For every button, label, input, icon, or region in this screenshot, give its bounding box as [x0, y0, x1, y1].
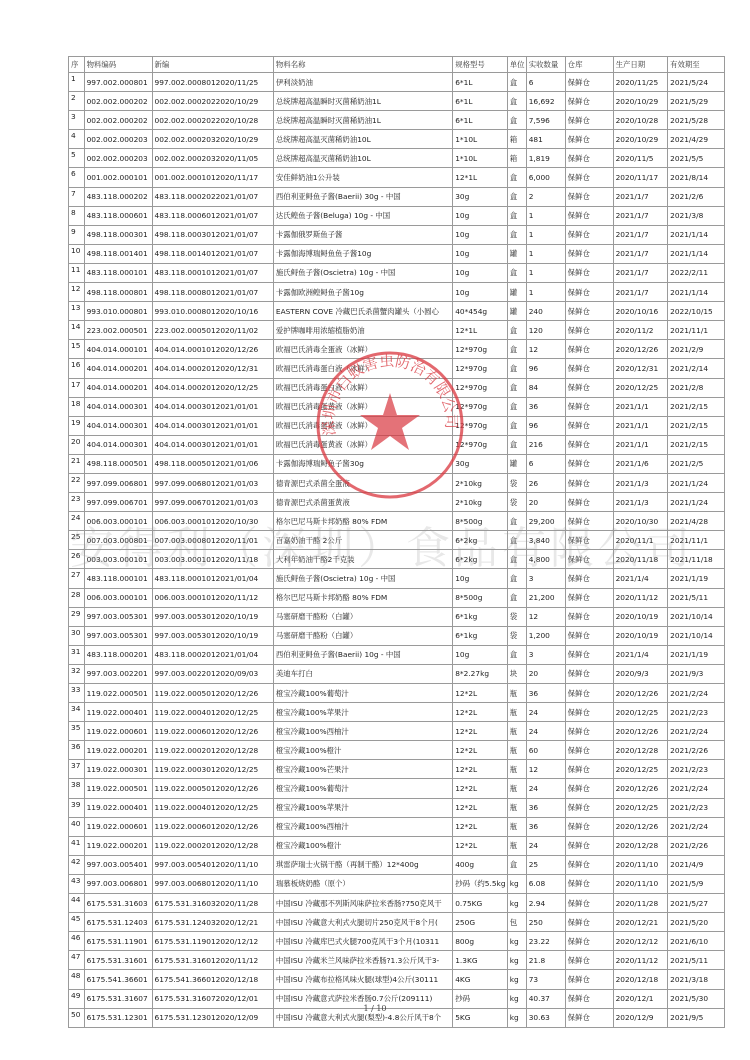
cell-material-name: EASTERN COVE 冷藏巴氏杀菌蟹肉罐头（小圆心	[273, 302, 452, 321]
cell-unit: 盒	[507, 435, 526, 454]
cell-new-code: 997.003.0068012020/11/10	[152, 874, 273, 893]
cell-expiry-date: 2021/1/14	[668, 244, 725, 263]
cell-expiry-date: 2021/4/29	[668, 130, 725, 149]
cell-spec: 30g	[453, 187, 508, 206]
cell-new-code: 404.014.0001012020/12/26	[152, 340, 273, 359]
cell-unit: 瓶	[507, 817, 526, 836]
cell-warehouse: 保鲜仓	[565, 970, 613, 989]
cell-new-code: 119.022.0003012020/12/25	[152, 760, 273, 779]
cell-received-qty: 1	[526, 225, 565, 244]
cell-material-code: 993.010.000801	[84, 302, 152, 321]
cell-material-code: 498.118.000801	[84, 283, 152, 302]
cell-seq: 22	[69, 473, 85, 492]
cell-new-code: 483.118.0001012021/01/07	[152, 263, 273, 282]
cell-expiry-date: 2021/5/27	[668, 894, 725, 913]
cell-production-date: 2020/12/18	[613, 970, 668, 989]
cell-expiry-date: 2021/3/18	[668, 970, 725, 989]
cell-expiry-date: 2021/10/14	[668, 607, 725, 626]
cell-seq: 7	[69, 187, 85, 206]
cell-warehouse: 保鲜仓	[565, 722, 613, 741]
cell-material-name: 大利年奶油干酪2千克装	[273, 550, 452, 569]
table-row: 456175.531.124036175.531.124032020/12/21…	[69, 913, 725, 932]
cell-new-code: 498.118.0005012021/01/06	[152, 454, 273, 473]
cell-production-date: 2020/10/16	[613, 302, 668, 321]
table-row: 6001.002.000101001.002.0001012020/11/17安…	[69, 168, 725, 187]
cell-warehouse: 保鲜仓	[565, 149, 613, 168]
cell-spec: 6*1L	[453, 111, 508, 130]
cell-unit: 盒	[507, 645, 526, 664]
cell-material-code: 001.002.000101	[84, 168, 152, 187]
table-row: 24006.003.000101006.003.0001012020/10/30…	[69, 512, 725, 531]
cell-warehouse: 保鲜仓	[565, 512, 613, 531]
cell-material-name: 橙宝冷藏100%西柚汁	[273, 722, 452, 741]
cell-production-date: 2021/1/7	[613, 187, 668, 206]
cell-expiry-date: 2021/5/20	[668, 913, 725, 932]
cell-spec: 400g	[453, 855, 508, 874]
cell-expiry-date: 2021/2/23	[668, 703, 725, 722]
cell-warehouse: 保鲜仓	[565, 263, 613, 282]
cell-material-name: 总统牌超高温灭菌稀奶油10L	[273, 149, 452, 168]
cell-received-qty: 16,692	[526, 92, 565, 111]
cell-expiry-date: 2021/4/9	[668, 855, 725, 874]
cell-new-code: 997.003.0054012020/11/10	[152, 855, 273, 874]
cell-spec: 12*970g	[453, 435, 508, 454]
table-row: 4002.002.000203002.002.0002032020/10/29总…	[69, 130, 725, 149]
cell-production-date: 2020/10/19	[613, 607, 668, 626]
cell-production-date: 2020/11/12	[613, 588, 668, 607]
cell-production-date: 2020/10/29	[613, 130, 668, 149]
cell-unit: 盒	[507, 206, 526, 225]
cell-received-qty: 6.08	[526, 874, 565, 893]
table-row: 486175.541.366016175.541.366012020/12/18…	[69, 970, 725, 989]
cell-production-date: 2020/9/3	[613, 664, 668, 683]
cell-expiry-date: 2021/5/5	[668, 149, 725, 168]
cell-production-date: 2021/1/4	[613, 569, 668, 588]
cell-expiry-date: 2021/11/1	[668, 321, 725, 340]
cell-material-code: 6175.541.36601	[84, 970, 152, 989]
cell-spec: 12*2L	[453, 741, 508, 760]
cell-expiry-date: 2021/11/1	[668, 531, 725, 550]
cell-unit: 盒	[507, 92, 526, 111]
cell-received-qty: 216	[526, 435, 565, 454]
cell-material-code: 498.118.001401	[84, 244, 152, 263]
cell-new-code: 002.002.0002032020/10/29	[152, 130, 273, 149]
cell-received-qty: 21.8	[526, 951, 565, 970]
cell-warehouse: 保鲜仓	[565, 703, 613, 722]
cell-seq: 33	[69, 684, 85, 703]
cell-spec: 12*970g	[453, 397, 508, 416]
cell-expiry-date: 2021/2/14	[668, 359, 725, 378]
header-expiry-date: 有效期至	[668, 57, 725, 73]
cell-received-qty: 12	[526, 340, 565, 359]
cell-spec: 6*1kg	[453, 626, 508, 645]
cell-received-qty: 120	[526, 321, 565, 340]
cell-received-qty: 24	[526, 779, 565, 798]
table-row: 43997.003.006801997.003.0068012020/11/10…	[69, 874, 725, 893]
cell-new-code: 498.118.0008012021/01/07	[152, 283, 273, 302]
cell-expiry-date: 2021/5/29	[668, 92, 725, 111]
cell-received-qty: 2.94	[526, 894, 565, 913]
table-row: 37119.022.000301119.022.0003012020/12/25…	[69, 760, 725, 779]
cell-warehouse: 保鲜仓	[565, 493, 613, 512]
cell-spec: 0.75KG	[453, 894, 508, 913]
cell-material-name: 西伯利亚鲟鱼子酱(Baerii) 10g - 中国	[273, 645, 452, 664]
cell-material-name: 琪雷萨瑞士火锅干酪（再制干酪）12*400g	[273, 855, 452, 874]
cell-expiry-date: 2021/2/9	[668, 340, 725, 359]
cell-seq: 18	[69, 397, 85, 416]
cell-new-code: 997.099.0067012021/01/03	[152, 493, 273, 512]
cell-unit: 盒	[507, 263, 526, 282]
cell-production-date: 2021/1/3	[613, 473, 668, 492]
cell-spec: 12*2L	[453, 760, 508, 779]
cell-unit: 包	[507, 913, 526, 932]
cell-expiry-date: 2021/2/8	[668, 378, 725, 397]
cell-warehouse: 保鲜仓	[565, 932, 613, 951]
cell-material-code: 404.014.000201	[84, 359, 152, 378]
cell-expiry-date: 2021/10/14	[668, 626, 725, 645]
cell-seq: 23	[69, 493, 85, 512]
cell-production-date: 2021/1/6	[613, 454, 668, 473]
cell-seq: 32	[69, 664, 85, 683]
cell-expiry-date: 2021/1/19	[668, 645, 725, 664]
cell-unit: 盒	[507, 550, 526, 569]
cell-material-code: 997.003.005301	[84, 607, 152, 626]
cell-material-code: 003.003.000101	[84, 550, 152, 569]
cell-expiry-date: 2021/8/14	[668, 168, 725, 187]
table-row: 34119.022.000401119.022.0004012020/12/25…	[69, 703, 725, 722]
cell-material-code: 483.118.000101	[84, 263, 152, 282]
cell-spec: 12*2L	[453, 684, 508, 703]
cell-material-code: 002.002.000203	[84, 149, 152, 168]
cell-new-code: 997.002.0008012020/11/25	[152, 73, 273, 92]
cell-new-code: 498.118.0014012021/01/07	[152, 244, 273, 263]
cell-spec: 12*2L	[453, 779, 508, 798]
cell-material-name: 中国ISU 冷藏意大利式火腿切片250克风干8个月(	[273, 913, 452, 932]
cell-received-qty: 6	[526, 73, 565, 92]
cell-unit: 盒	[507, 73, 526, 92]
cell-received-qty: 1,819	[526, 149, 565, 168]
cell-new-code: 483.118.0002012021/01/04	[152, 645, 273, 664]
cell-warehouse: 保鲜仓	[565, 244, 613, 263]
cell-new-code: 002.002.0002022020/10/28	[152, 111, 273, 130]
cell-unit: 箱	[507, 149, 526, 168]
cell-expiry-date: 2021/2/24	[668, 722, 725, 741]
table-row: 26003.003.000101003.003.0001012020/11/18…	[69, 550, 725, 569]
cell-new-code: 997.003.0022012020/09/03	[152, 664, 273, 683]
cell-seq: 16	[69, 359, 85, 378]
cell-material-code: 997.003.006801	[84, 874, 152, 893]
cell-unit: 罐	[507, 244, 526, 263]
cell-material-code: 6175.531.31601	[84, 951, 152, 970]
cell-new-code: 223.002.0005012020/11/02	[152, 321, 273, 340]
cell-production-date: 2020/12/12	[613, 932, 668, 951]
cell-production-date: 2020/12/26	[613, 684, 668, 703]
table-row: 36119.022.000201119.022.0002012020/12/28…	[69, 741, 725, 760]
cell-material-code: 002.002.000202	[84, 92, 152, 111]
cell-new-code: 001.002.0001012020/11/17	[152, 168, 273, 187]
cell-received-qty: 3	[526, 569, 565, 588]
cell-unit: 盒	[507, 168, 526, 187]
header-seq: 序	[69, 57, 85, 73]
cell-received-qty: 36	[526, 817, 565, 836]
cell-warehouse: 保鲜仓	[565, 550, 613, 569]
cell-material-code: 6175.531.11901	[84, 932, 152, 951]
cell-material-code: 483.118.000601	[84, 206, 152, 225]
cell-spec: 12*2L	[453, 703, 508, 722]
cell-material-name: 马塞研磨干酪粉（白罐）	[273, 607, 452, 626]
cell-received-qty: 3,840	[526, 531, 565, 550]
cell-unit: 罐	[507, 283, 526, 302]
cell-unit: 箱	[507, 130, 526, 149]
cell-production-date: 2021/1/1	[613, 416, 668, 435]
cell-production-date: 2021/1/7	[613, 283, 668, 302]
cell-new-code: 002.002.0002022020/10/29	[152, 92, 273, 111]
cell-spec: 6*2kg	[453, 550, 508, 569]
cell-material-name: 橙宝冷藏100%西柚汁	[273, 817, 452, 836]
cell-material-name: 卡露伽海博瑞鲟鱼鱼子酱10g	[273, 244, 452, 263]
header-spec: 规格型号	[453, 57, 508, 73]
cell-warehouse: 保鲜仓	[565, 359, 613, 378]
cell-spec: 2*10kg	[453, 493, 508, 512]
cell-received-qty: 23.22	[526, 932, 565, 951]
cell-new-code: 119.022.0004012020/12/25	[152, 798, 273, 817]
cell-seq: 26	[69, 550, 85, 569]
cell-production-date: 2020/11/1	[613, 531, 668, 550]
table-row: 33119.022.000501119.022.0005012020/12/26…	[69, 684, 725, 703]
cell-material-code: 997.099.006801	[84, 473, 152, 492]
cell-material-name: 德青源巴式杀菌蛋黄液	[273, 493, 452, 512]
cell-unit: 瓶	[507, 741, 526, 760]
cell-spec: 12*1L	[453, 321, 508, 340]
cell-production-date: 2020/11/18	[613, 550, 668, 569]
cell-seq: 29	[69, 607, 85, 626]
cell-received-qty: 1	[526, 263, 565, 282]
cell-unit: 盒	[507, 512, 526, 531]
cell-material-code: 997.002.000801	[84, 73, 152, 92]
cell-warehouse: 保鲜仓	[565, 416, 613, 435]
cell-received-qty: 6,000	[526, 168, 565, 187]
cell-received-qty: 1	[526, 206, 565, 225]
cell-warehouse: 保鲜仓	[565, 283, 613, 302]
cell-material-name: 卡露伽欧洲鳇鲟鱼子酱10g	[273, 283, 452, 302]
cell-seq: 1	[69, 73, 85, 92]
cell-seq: 25	[69, 531, 85, 550]
cell-unit: kg	[507, 874, 526, 893]
cell-spec: 8*500g	[453, 512, 508, 531]
cell-material-code: 007.003.000801	[84, 531, 152, 550]
cell-received-qty: 4,800	[526, 550, 565, 569]
table-row: 8483.118.000601483.118.0006012021/01/07达…	[69, 206, 725, 225]
cell-unit: 瓶	[507, 836, 526, 855]
cell-spec: 1*10L	[453, 130, 508, 149]
header-material-name: 物料名称	[273, 57, 452, 73]
cell-unit: 瓶	[507, 684, 526, 703]
cell-spec: 12*970g	[453, 340, 508, 359]
cell-spec: 800g	[453, 932, 508, 951]
table-row: 32997.003.002201997.003.0022012020/09/03…	[69, 664, 725, 683]
table-row: 22997.099.006801997.099.0068012021/01/03…	[69, 473, 725, 492]
cell-received-qty: 21,200	[526, 588, 565, 607]
table-row: 28006.003.000101006.003.0001012020/11/12…	[69, 588, 725, 607]
cell-production-date: 2020/10/28	[613, 111, 668, 130]
cell-material-code: 119.022.000401	[84, 703, 152, 722]
cell-material-code: 997.099.006701	[84, 493, 152, 512]
cell-spec: 6*1L	[453, 73, 508, 92]
cell-new-code: 6175.531.119012020/12/12	[152, 932, 273, 951]
cell-warehouse: 保鲜仓	[565, 874, 613, 893]
cell-expiry-date: 2021/9/3	[668, 664, 725, 683]
cell-spec: 8*500g	[453, 588, 508, 607]
cell-expiry-date: 2021/6/10	[668, 932, 725, 951]
table-row: 1997.002.000801997.002.0008012020/11/25伊…	[69, 73, 725, 92]
cell-production-date: 2021/1/7	[613, 244, 668, 263]
cell-received-qty: 3	[526, 645, 565, 664]
cell-unit: 瓶	[507, 760, 526, 779]
cell-seq: 8	[69, 206, 85, 225]
cell-material-name: 橙宝冷藏100%橙汁	[273, 741, 452, 760]
cell-production-date: 2020/11/28	[613, 894, 668, 913]
cell-unit: 盒	[507, 378, 526, 397]
cell-unit: 罐	[507, 302, 526, 321]
cell-expiry-date: 2021/2/26	[668, 836, 725, 855]
cell-warehouse: 保鲜仓	[565, 531, 613, 550]
cell-production-date: 2020/12/21	[613, 913, 668, 932]
cell-seq: 11	[69, 263, 85, 282]
cell-material-name: 格尔巴尼马斯卡邦奶酪 80% FDM	[273, 512, 452, 531]
table-row: 2002.002.000202002.002.0002022020/10/29总…	[69, 92, 725, 111]
cell-material-name: 总统牌超高温灭菌稀奶油10L	[273, 130, 452, 149]
cell-material-code: 997.003.005401	[84, 855, 152, 874]
table-row: 11483.118.000101483.118.0001012021/01/07…	[69, 263, 725, 282]
cell-unit: 盒	[507, 225, 526, 244]
cell-seq: 44	[69, 894, 85, 913]
cell-seq: 9	[69, 225, 85, 244]
cell-seq: 48	[69, 970, 85, 989]
cell-production-date: 2020/11/5	[613, 149, 668, 168]
cell-spec: 抄码（约5.5kg	[453, 874, 508, 893]
cell-seq: 38	[69, 779, 85, 798]
cell-unit: 盒	[507, 111, 526, 130]
cell-material-code: 404.014.000301	[84, 397, 152, 416]
cell-warehouse: 保鲜仓	[565, 779, 613, 798]
cell-spec: 1.3KG	[453, 951, 508, 970]
cell-production-date: 2020/12/31	[613, 359, 668, 378]
cell-production-date: 2020/10/29	[613, 92, 668, 111]
cell-received-qty: 1	[526, 244, 565, 263]
cell-seq: 12	[69, 283, 85, 302]
cell-seq: 42	[69, 855, 85, 874]
cell-material-code: 483.118.000201	[84, 645, 152, 664]
cell-production-date: 2020/12/26	[613, 817, 668, 836]
cell-material-name: 施氏鲟鱼子酱(Oscietra) 10g - 中国	[273, 569, 452, 588]
table-row: 476175.531.316016175.531.316012020/11/12…	[69, 951, 725, 970]
cell-warehouse: 保鲜仓	[565, 302, 613, 321]
cell-unit: 盒	[507, 531, 526, 550]
cell-material-name: 瑞慕板烧奶酪（原个）	[273, 874, 452, 893]
cell-seq: 47	[69, 951, 85, 970]
cell-unit: 盒	[507, 416, 526, 435]
cell-received-qty: 60	[526, 741, 565, 760]
cell-expiry-date: 2021/1/19	[668, 569, 725, 588]
cell-received-qty: 20	[526, 493, 565, 512]
cell-spec: 10g	[453, 645, 508, 664]
table-header-row: 序物料编码新编物料名称规格型号单位实收数量仓库生产日期有效期至	[69, 57, 725, 73]
cell-spec: 10g	[453, 225, 508, 244]
cell-expiry-date: 2022/2/11	[668, 263, 725, 282]
cell-new-code: 119.022.0004012020/12/25	[152, 703, 273, 722]
table-row: 5002.002.000203002.002.0002032020/11/05总…	[69, 149, 725, 168]
cell-unit: 袋	[507, 473, 526, 492]
cell-spec: 10g	[453, 569, 508, 588]
cell-production-date: 2020/10/19	[613, 626, 668, 645]
cell-seq: 13	[69, 302, 85, 321]
cell-seq: 35	[69, 722, 85, 741]
cell-material-name: 伊利淡奶油	[273, 73, 452, 92]
cell-unit: 袋	[507, 607, 526, 626]
cell-material-name: 格尔巴尼马斯卡邦奶酪 80% FDM	[273, 588, 452, 607]
cell-production-date: 2020/10/30	[613, 512, 668, 531]
cell-material-code: 6175.531.12403	[84, 913, 152, 932]
table-row: 41119.022.000201119.022.0002012020/12/28…	[69, 836, 725, 855]
cell-received-qty: 25	[526, 855, 565, 874]
cell-seq: 4	[69, 130, 85, 149]
cell-spec: 12*2L	[453, 722, 508, 741]
cell-production-date: 2021/1/3	[613, 493, 668, 512]
cell-material-code: 119.022.000201	[84, 741, 152, 760]
cell-material-name: 百嘉奶油干酪 2公斤	[273, 531, 452, 550]
cell-unit: 罐	[507, 454, 526, 473]
cell-new-code: 404.014.0003012021/01/01	[152, 435, 273, 454]
cell-received-qty: 36	[526, 397, 565, 416]
cell-production-date: 2020/12/25	[613, 703, 668, 722]
cell-spec: 12*970g	[453, 378, 508, 397]
cell-material-name: 总统牌超高温瞬时灭菌稀奶油1L	[273, 111, 452, 130]
cell-production-date: 2021/1/7	[613, 225, 668, 244]
cell-warehouse: 保鲜仓	[565, 855, 613, 874]
cell-new-code: 119.022.0006012020/12/26	[152, 722, 273, 741]
cell-received-qty: 36	[526, 684, 565, 703]
cell-received-qty: 73	[526, 970, 565, 989]
table-row: 42997.003.005401997.003.0054012020/11/10…	[69, 855, 725, 874]
cell-new-code: 6175.541.366012020/12/18	[152, 970, 273, 989]
cell-expiry-date: 2021/2/23	[668, 798, 725, 817]
cell-material-code: 404.014.000201	[84, 378, 152, 397]
cell-new-code: 007.003.0008012020/11/01	[152, 531, 273, 550]
inventory-table: 序物料编码新编物料名称规格型号单位实收数量仓库生产日期有效期至 1997.002…	[68, 56, 725, 1028]
table-row: 25007.003.000801007.003.0008012020/11/01…	[69, 531, 725, 550]
cell-material-name: 卡露伽俄罗斯鱼子酱	[273, 225, 452, 244]
cell-production-date: 2020/11/10	[613, 855, 668, 874]
cell-new-code: 483.118.0002022021/01/07	[152, 187, 273, 206]
cell-new-code: 006.003.0001012020/10/30	[152, 512, 273, 531]
cell-material-code: 404.014.000101	[84, 340, 152, 359]
cell-material-name: 欧福巴氏消毒蛋黄液（冰鲜）	[273, 435, 452, 454]
cell-received-qty: 26	[526, 473, 565, 492]
cell-received-qty: 240	[526, 302, 565, 321]
cell-received-qty: 12	[526, 760, 565, 779]
cell-spec: 6*1kg	[453, 607, 508, 626]
cell-unit: 瓶	[507, 703, 526, 722]
cell-spec: 12*970g	[453, 416, 508, 435]
cell-material-code: 002.002.000202	[84, 111, 152, 130]
cell-received-qty: 96	[526, 359, 565, 378]
cell-unit: kg	[507, 894, 526, 913]
header-new-code: 新编	[152, 57, 273, 73]
cell-spec: 10g	[453, 244, 508, 263]
cell-spec: 8*2.27kg	[453, 664, 508, 683]
cell-new-code: 993.010.0008012020/10/16	[152, 302, 273, 321]
cell-warehouse: 保鲜仓	[565, 645, 613, 664]
